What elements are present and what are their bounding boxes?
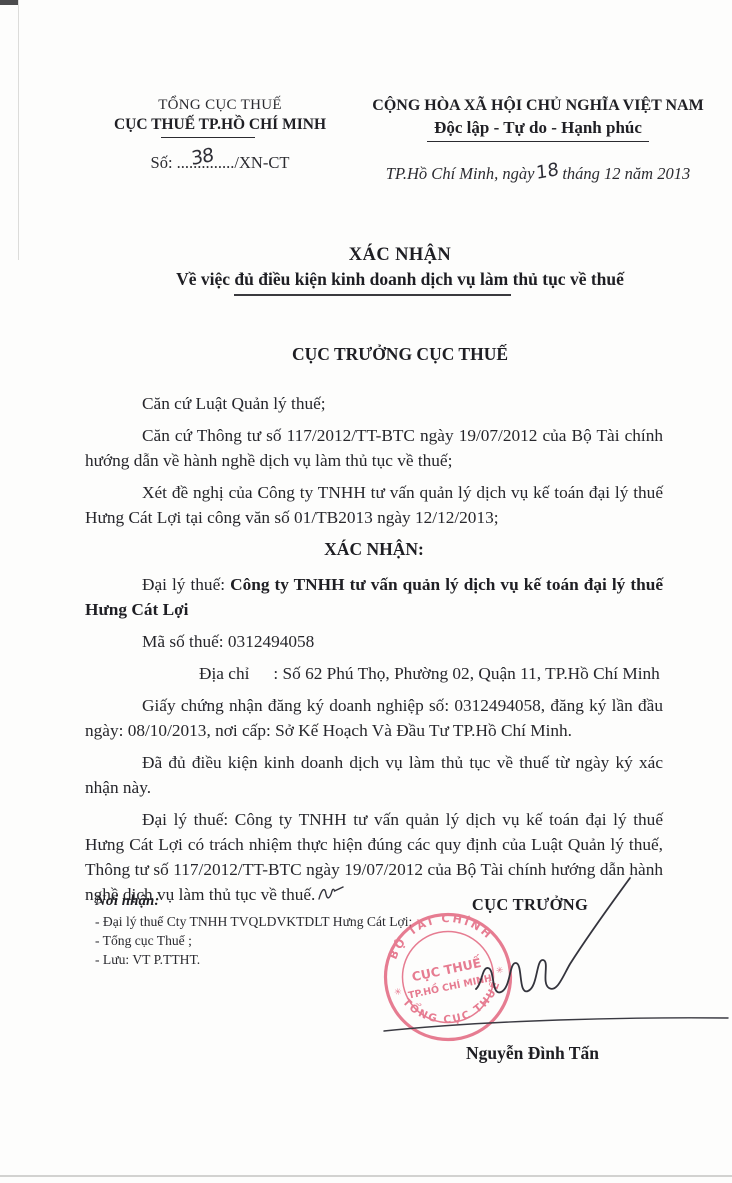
document-number-text: Số: ............../XN-CT: [151, 153, 290, 172]
parent-agency-name: TỔNG CỤC THUẾ: [93, 97, 347, 114]
place-date-line: TP.Hồ Chí Minh, ngày18tháng 12 năm 2013: [360, 163, 716, 184]
scanned-document-page: TỔNG CỤC THUẾ CỤC THUẾ TP.HỒ CHÍ MINH Số…: [0, 0, 732, 1183]
agent-paragraph: Đại lý thuế: Công ty TNHH tư vấn quản lý…: [85, 572, 663, 622]
recital-1: Căn cứ Luật Quản lý thuế;: [85, 391, 663, 416]
registration-line: Giấy chứng nhận đăng ký doanh nghiệp số:…: [85, 693, 663, 743]
recital-3: Xét đề nghị của Công ty TNHH tư vấn quản…: [85, 480, 663, 530]
recipients-heading: Nơi nhận:: [95, 893, 425, 910]
document-body: Căn cứ Luật Quản lý thuế; Căn cứ Thông t…: [85, 391, 663, 914]
subtitle-underline: [234, 294, 511, 296]
motto-underline: [427, 141, 649, 142]
recital-2: Căn cứ Thông tư số 117/2012/TT-BTC ngày …: [85, 423, 663, 473]
address-line: Địa chỉ: Số 62 Phú Thọ, Phường 02, Quận …: [85, 661, 663, 686]
signature: [380, 860, 732, 1040]
scan-artifact-bottom-edge: [0, 1175, 732, 1177]
agency-underline: [161, 137, 255, 138]
document-number-line: Số: ............../XN-CT 38: [151, 153, 290, 173]
country-motto-line2: Độc lập - Tự do - Hạnh phúc: [360, 118, 716, 138]
certification-section-heading: XÁC NHẬN:: [85, 537, 663, 562]
handwritten-day: 18: [536, 159, 560, 184]
eligibility-line: Đã đủ điều kiện kinh doanh dịch vụ làm t…: [85, 750, 663, 800]
issuing-agency-block: TỔNG CỤC THUẾ CỤC THUẾ TP.HỒ CHÍ MINH Số…: [93, 97, 347, 173]
signer-name: Nguyễn Đình Tấn: [420, 1043, 645, 1064]
tax-code-line: Mã số thuế: 0312494058: [85, 629, 663, 654]
document-subtitle: Về việc đủ điều kiện kinh doanh dịch vụ …: [70, 269, 730, 290]
national-heading-block: CỘNG HÒA XÃ HỘI CHỦ NGHĨA VIỆT NAM Độc l…: [360, 97, 716, 184]
document-title: XÁC NHẬN: [70, 245, 730, 266]
agent-label: Đại lý thuế:: [142, 575, 230, 594]
issuer-heading: CỤC TRƯỞNG CỤC THUẾ: [70, 344, 730, 365]
date-suffix: tháng 12 năm 2013: [562, 164, 690, 183]
scan-artifact-left-edge: [18, 0, 19, 260]
scan-artifact-corner: [0, 0, 19, 5]
address-label: Địa chỉ: [142, 661, 249, 686]
agency-name: CỤC THUẾ TP.HỒ CHÍ MINH: [93, 116, 347, 134]
date-prefix: TP.Hồ Chí Minh, ngày: [386, 164, 535, 183]
signature-stroke-graphic: [380, 860, 732, 1040]
document-title-block: XÁC NHẬN Về việc đủ điều kiện kinh doanh…: [70, 245, 730, 296]
address-value: : Số 62 Phú Thọ, Phường 02, Quận 11, TP.…: [273, 664, 659, 683]
handwritten-document-number: 38: [190, 144, 213, 170]
country-motto-line1: CỘNG HÒA XÃ HỘI CHỦ NGHĨA VIỆT NAM: [360, 97, 716, 115]
